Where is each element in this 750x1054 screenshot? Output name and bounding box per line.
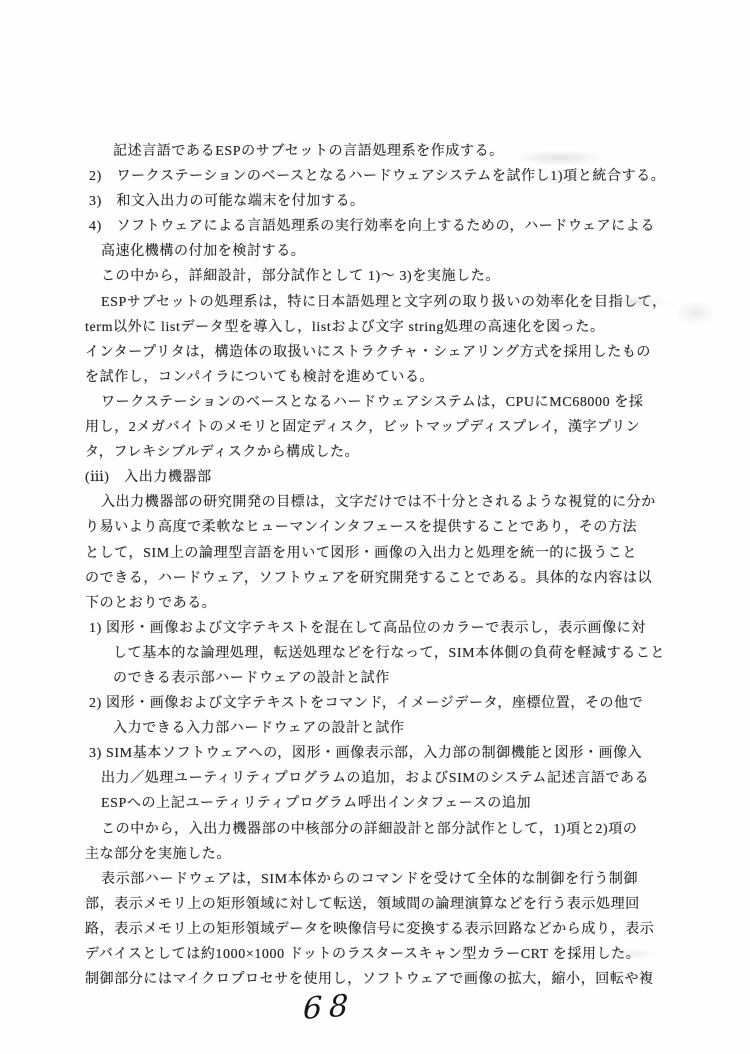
list-item-line: 3) 和文入出力の可能な端末を付加する。 [85, 189, 705, 214]
text-line: 下のとおりである。 [85, 591, 705, 616]
text-line: 部，表示メモリ上の矩形領域に対して転送，領域間の論理演算などを行う表示処理回 [85, 892, 705, 917]
list-item-line: 2) 図形・画像および文字テキストをコマンド，イメージデータ，座標位置，その他で [85, 691, 705, 716]
text-line: この中から，詳細設計，部分試作として 1)〜 3)を実施した。 [85, 264, 705, 289]
text-line: 路，表示メモリ上の矩形領域データを映像信号に変換する表示回路などから成り，表示 [85, 917, 705, 942]
list-item-line: 1) 図形・画像および文字テキストを混在して高品位のカラーで表示し，表示画像に対 [85, 616, 705, 641]
text-line: term以外に listデータ型を導入し，listおよび文字 string処理の… [85, 315, 705, 340]
text-line: り易いより高度で柔軟なヒューマンインタフェースを提供することであり，その方法 [85, 515, 705, 540]
text-line: 入力できる入力部ハードウェアの設計と試作 [85, 716, 705, 741]
text-line: この中から，入出力機器部の中核部分の詳細設計と部分試作として，1)項と2)項の [85, 817, 705, 842]
text-line: して基本的な論理処理，転送処理などを行なって，SIM本体側の負荷を軽減すること [85, 641, 705, 666]
handwritten-page-number: 68 [302, 988, 355, 1027]
text-line: 高速化機構の付加を検討する。 [85, 239, 705, 264]
text-line: ESPへの上記ユーティリティプログラム呼出インタフェースの追加 [85, 791, 705, 816]
text-line: デバイスとしては約1000×1000 ドットのラスタースキャン型カラーCRT を… [85, 942, 705, 967]
text-block: 記述言語であるESPのサブセットの言語処理系を作成する。 2) ワークステーショ… [85, 139, 705, 992]
text-line: ワークステーションのベースとなるハードウェアシステムは，CPUにMC68000 … [85, 390, 705, 415]
text-line: 出力／処理ユーティリティプログラムの追加，およびSIMのシステム記述言語である [85, 766, 705, 791]
text-line: ESPサブセットの処理系は，特に日本語処理と文字列の取り扱いの効率化を目指して， [85, 290, 705, 315]
text-line: 制御部分にはマイクロプロセサを使用し，ソフトウェアで画像の拡大，縮小，回転や複 [85, 967, 705, 992]
text-line: 主な部分を実施した。 [85, 842, 705, 867]
text-line: 表示部ハードウェアは，SIM本体からのコマンドを受けて全体的な制御を行う制御 [85, 867, 705, 892]
scanned-document-page: 記述言語であるESPのサブセットの言語処理系を作成する。 2) ワークステーショ… [0, 0, 750, 1054]
text-line: インタープリタは，構造体の取扱いにストラクチャ・シェアリング方式を採用したもの [85, 340, 705, 365]
text-line: を試作し，コンパイラについても検討を進めている。 [85, 365, 705, 390]
section-heading: (ⅲ) 入出力機器部 [85, 465, 705, 490]
text-line: 記述言語であるESPのサブセットの言語処理系を作成する。 [85, 139, 705, 164]
list-item-line: 2) ワークステーションのベースとなるハードウェアシステムを試作し1)項と統合す… [85, 164, 705, 189]
list-item-line: 4) ソフトウェアによる言語処理系の実行効率を向上するための，ハードウェアによる [85, 214, 705, 239]
text-line: として，SIM上の論理型言語を用いて図形・画像の入出力と処理を統一的に扱うこと [85, 541, 705, 566]
text-line: タ，フレキシブルディスクから構成した。 [85, 440, 705, 465]
text-line: のできる，ハードウェア，ソフトウェアを研究開発することである。具体的な内容は以 [85, 566, 705, 591]
text-line: 入出力機器部の研究開発の目標は，文字だけでは不十分とされるような視覚的に分か [85, 490, 705, 515]
text-line: 用し，2メガバイトのメモリと固定ディスク，ビットマップディスプレイ，漢字プリン [85, 415, 705, 440]
text-line: のできる表示部ハードウェアの設計と試作 [85, 666, 705, 691]
list-item-line: 3) SIM基本ソフトウェアへの，図形・画像表示部，入力部の制御機能と図形・画像… [85, 741, 705, 766]
